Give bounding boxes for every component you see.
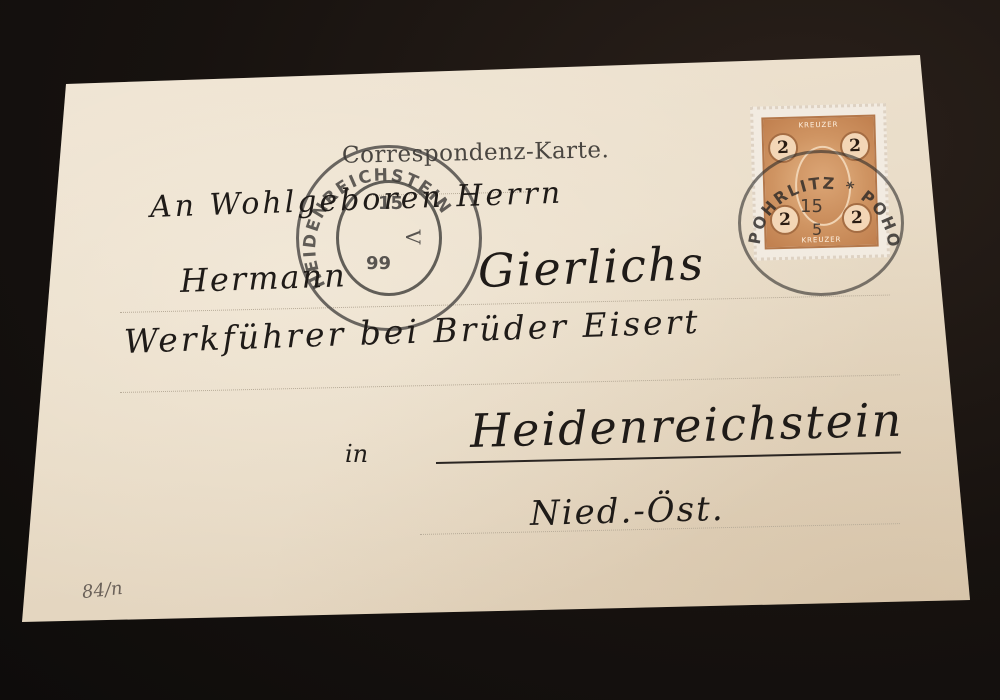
postmark-month: V [401,230,425,244]
pencil-catalog-note: 84/n [81,578,124,603]
postmark-ring-text: HEIDENREICHSTEIN [296,145,482,331]
recipient-first-name: Hermann [179,256,347,300]
postmark-heidenreichstein: HEIDENREICHSTEIN 15 V 99 [296,145,482,331]
address-line [120,374,900,393]
postmark-year: 99 [366,253,391,274]
postmark-day: 15 [800,196,823,217]
address-prefix: in [345,440,368,468]
destination-region: Nied.-Öst. [529,489,725,534]
salutation-line: An Wohlgeboren Herrn [149,176,563,225]
postmark-ring-text: POHRLITZ * POHOŘELICE [738,150,908,300]
postcard: Correspondenz-Karte. HEIDENREICHSTEIN 15… [0,0,1000,700]
destination-town: Heidenreichstein [469,393,904,458]
recipient-surname: Gierlichs [477,236,706,298]
postmark-pohrlitz: POHRLITZ * POHOŘELICE 15 5 [738,150,908,300]
stamp-currency-top: KREUZER [763,120,873,131]
postmark-month: 5 [812,220,822,239]
